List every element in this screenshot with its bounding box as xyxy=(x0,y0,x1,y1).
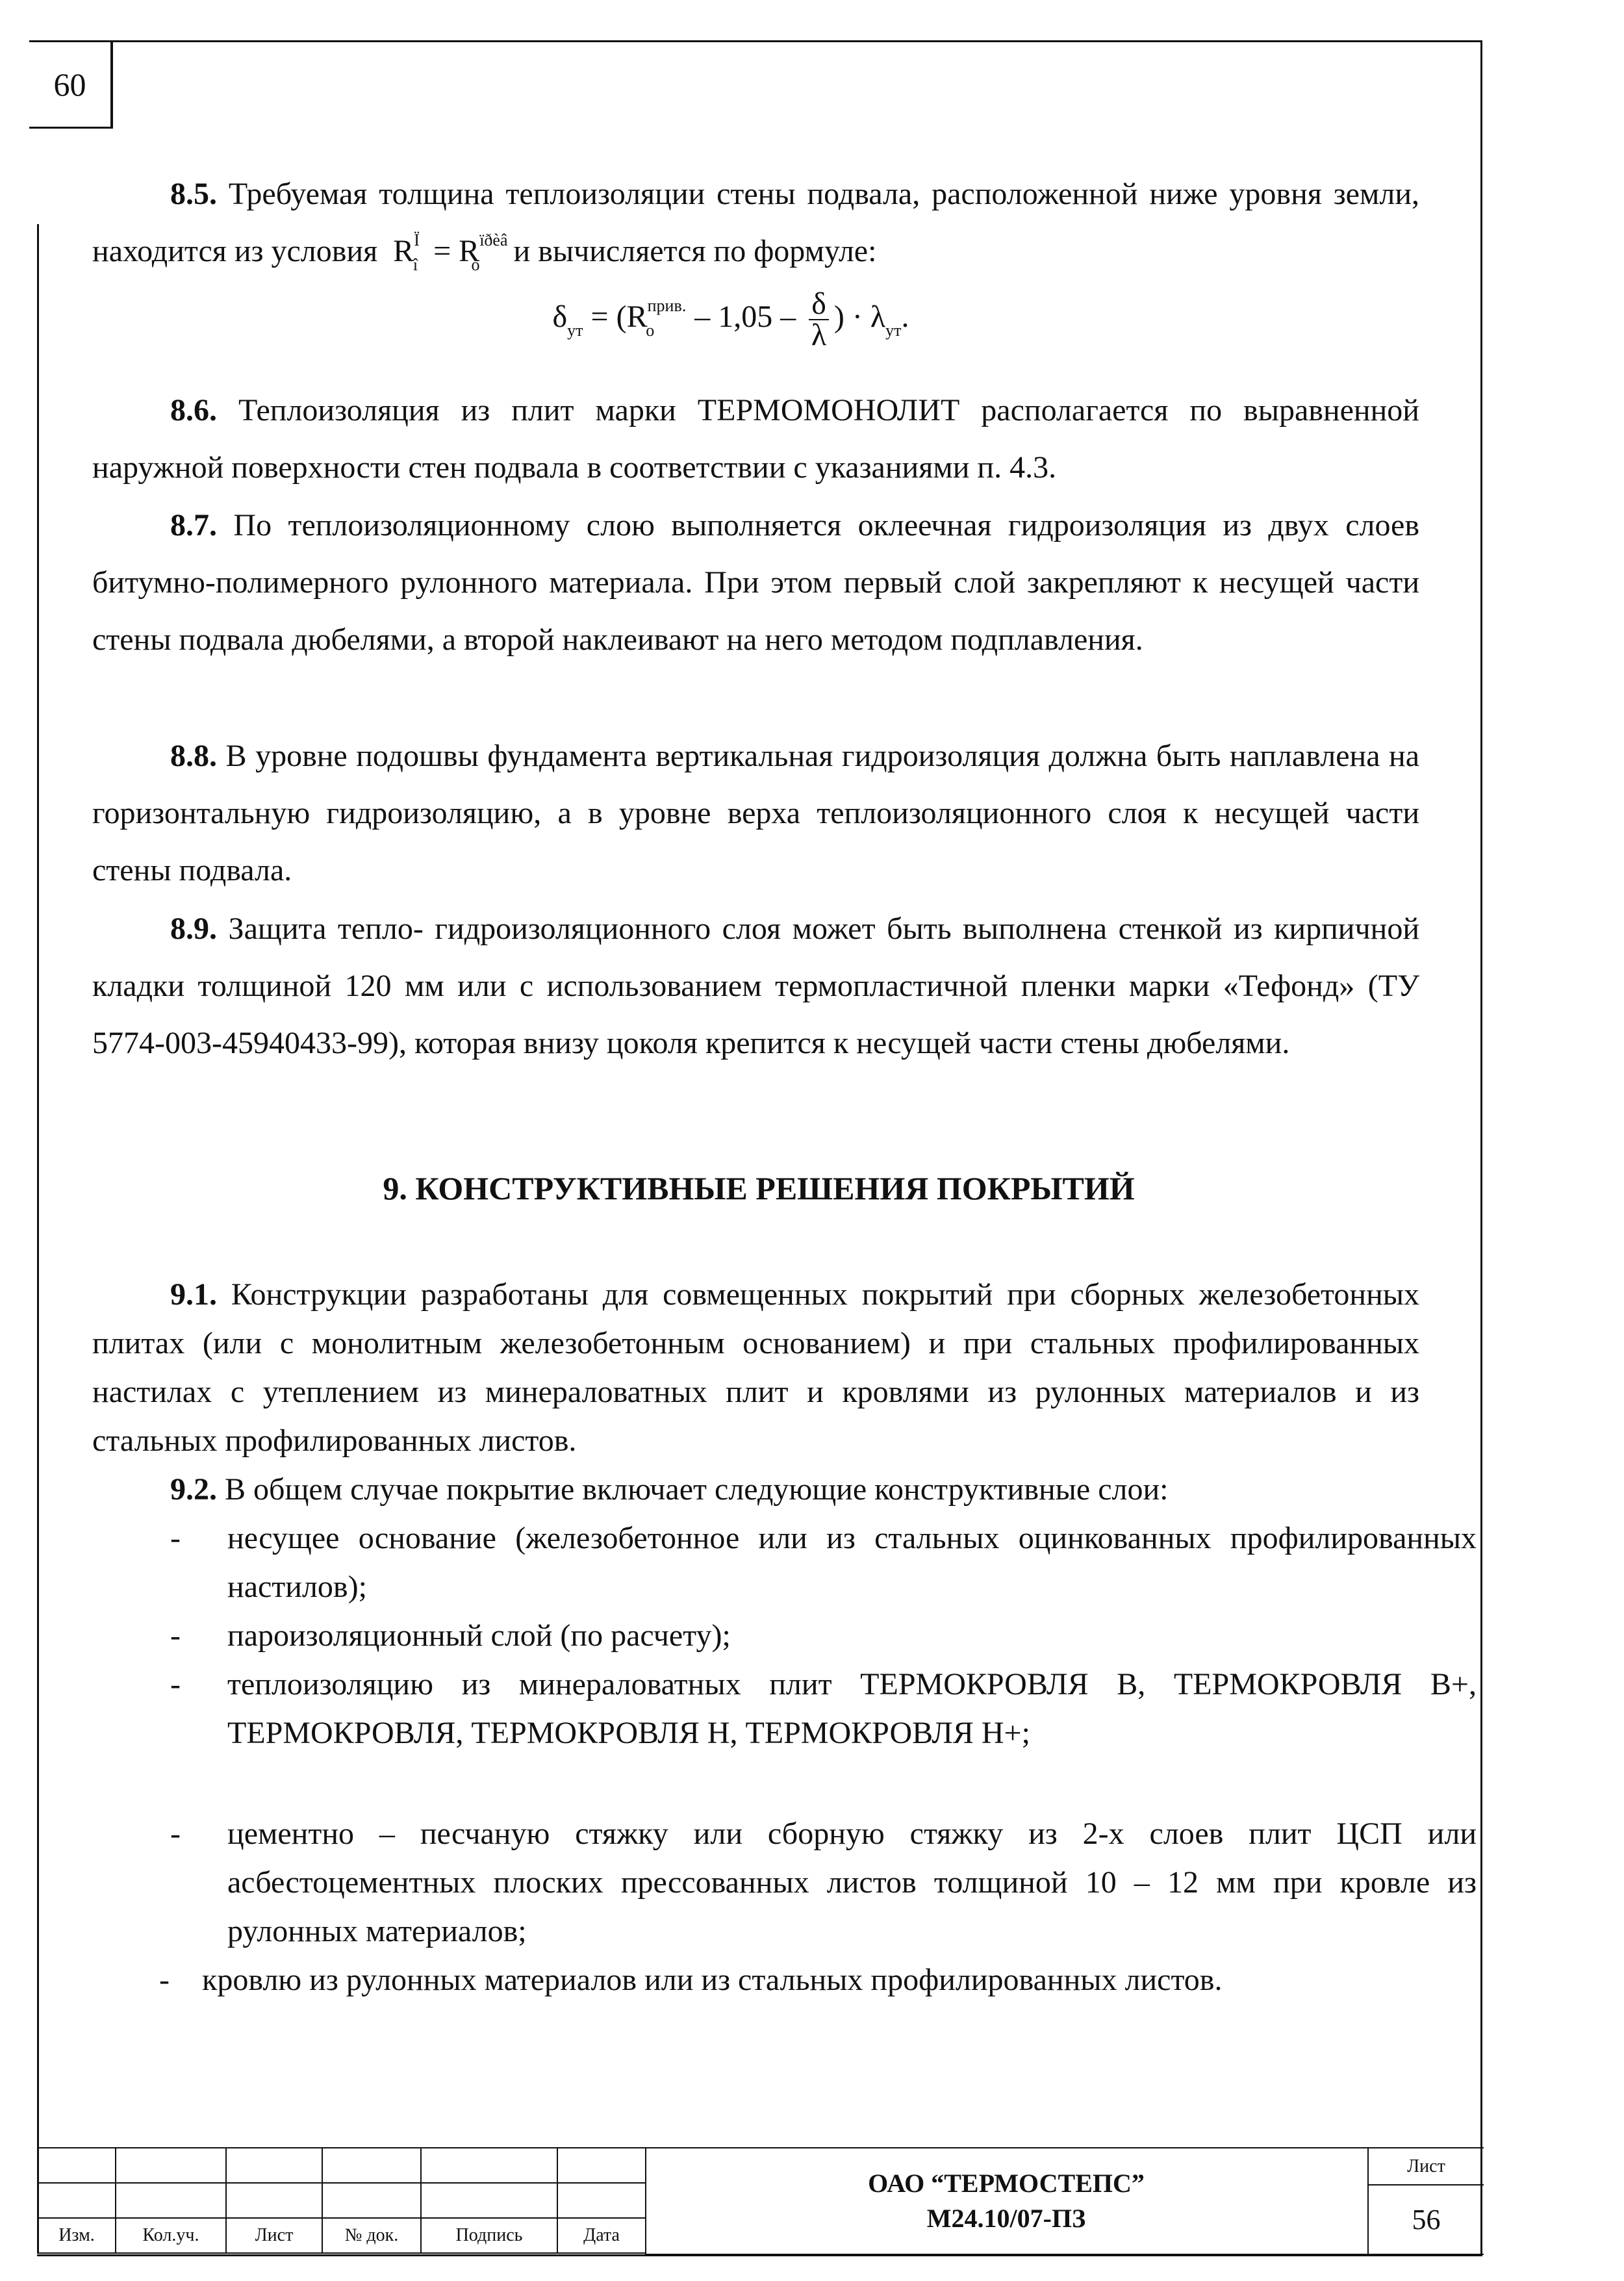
list-item: - теплоизоляцию из минераловатных плит Т… xyxy=(170,1660,1477,1757)
paragraph-9-1: 9.1. Конструкции разработаны для совмеще… xyxy=(92,1270,1419,1465)
bullet-dash: - xyxy=(170,1809,181,1858)
paragraph-number: 8.7. xyxy=(170,508,217,542)
bullet-dash: - xyxy=(170,1514,181,1562)
paragraph-number: 9.2. xyxy=(170,1472,217,1507)
paragraph-8-8: 8.8. В уровне подошвы фундамента вертика… xyxy=(92,728,1419,899)
paragraph-8-5: 8.5. Требуемая толщина теплоизоляции сте… xyxy=(92,166,1419,285)
document-code: М24.10/07-ПЗ xyxy=(927,2201,1085,2236)
paragraph-text-continued: и вычисляется по формуле: xyxy=(514,234,877,268)
col-header-date: Дата xyxy=(557,2218,646,2253)
paragraph-text: В уровне подошвы фундамента вертикальная… xyxy=(92,739,1419,887)
paragraph-number: 8.5. xyxy=(170,177,217,211)
organization-name: ОАО “ТЕРМОСТЕПС” xyxy=(868,2166,1145,2201)
col-header-qty: Кол.уч. xyxy=(116,2218,226,2253)
list-item: - несущее основание (железобетонное или … xyxy=(170,1514,1477,1611)
list-item-text: пароизоляционный слой (по расчету); xyxy=(227,1618,731,1653)
col-header-sheet: Лист xyxy=(226,2218,322,2253)
paragraph-text: Теплоизоляция из плит марки ТЕРМОМОНОЛИТ… xyxy=(92,393,1419,485)
col-header-doc-no: № док. xyxy=(322,2218,421,2253)
paragraph-number: 8.8. xyxy=(170,739,217,773)
paragraph-text: Защита тепло- гидроизоляционного слоя мо… xyxy=(92,911,1419,1060)
paragraph-9-2: 9.2. В общем случае покрытие включает сл… xyxy=(92,1465,1419,1514)
list-item-text: цементно – песчаную стяжку или сборную с… xyxy=(227,1816,1477,1948)
paragraph-number: 8.6. xyxy=(170,393,217,427)
fraction: δλ xyxy=(809,289,829,350)
sheet-number: 56 xyxy=(1369,2185,1484,2254)
thickness-formula: δут = (Rприв.о – 1,05 – δλ) · λут. xyxy=(0,289,1462,350)
paragraph-text: Конструкции разработаны для совмещенных … xyxy=(92,1277,1419,1458)
paragraph-text: В общем случае покрытие включает следующ… xyxy=(225,1472,1169,1507)
col-header-rev: Изм. xyxy=(38,2218,116,2253)
condition-formula: RÏî = Rïðèâo xyxy=(385,234,505,268)
bullet-dash: - xyxy=(159,1956,170,2004)
sheet-label: Лист xyxy=(1369,2148,1484,2185)
paragraph-number: 8.9. xyxy=(170,911,217,946)
list-item-text: кровлю из рулонных материалов или из ста… xyxy=(202,1963,1222,1997)
paragraph-8-9: 8.9. Защита тепло- гидроизоляционного сл… xyxy=(92,900,1419,1072)
bullet-dash: - xyxy=(170,1660,181,1709)
bullet-dash: - xyxy=(170,1611,181,1660)
list-item: - кровлю из рулонных материалов или из с… xyxy=(159,1956,1451,2004)
frame-left-border xyxy=(37,224,39,2252)
paragraph-8-6: 8.6. Теплоизоляция из плит марки ТЕРМОМО… xyxy=(92,382,1419,496)
col-header-signature: Подпись xyxy=(421,2218,557,2253)
list-item-text: теплоизоляцию из минераловатных плит ТЕР… xyxy=(227,1667,1477,1750)
paragraph-8-7: 8.7. По теплоизоляционному слою выполняе… xyxy=(92,497,1419,669)
title-block-center: ОАО “ТЕРМОСТЕПС” М24.10/07-ПЗ xyxy=(645,2147,1367,2255)
list-item: - цементно – песчаную стяжку или сборную… xyxy=(170,1809,1477,1956)
revision-table: Изм. Кол.уч. Лист № док. Подпись Дата xyxy=(37,2147,646,2254)
list-item-text: несущее основание (железобетонное или из… xyxy=(227,1521,1477,1604)
sheet-number-cell: Лист 56 xyxy=(1367,2147,1484,2255)
title-block: Изм. Кол.уч. Лист № док. Подпись Дата ОА… xyxy=(37,2147,1482,2252)
list-item: - пароизоляционный слой (по расчету); xyxy=(170,1611,1477,1660)
section-heading-9: 9. КОНСТРУКТИВНЫЕ РЕШЕНИЯ ПОКРЫТИЙ xyxy=(37,1169,1480,1207)
paragraph-text: По теплоизоляционному слою выполняется о… xyxy=(92,508,1419,657)
paragraph-number: 9.1. xyxy=(170,1277,217,1312)
